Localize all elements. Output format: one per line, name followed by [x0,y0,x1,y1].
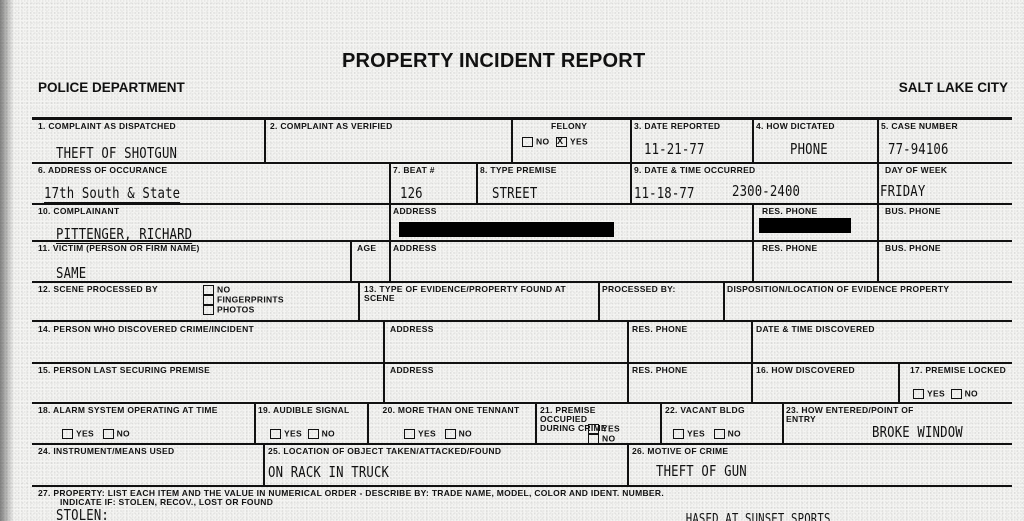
vacant-yes-label: YES [687,428,705,438]
property-value[interactable]: STOLEN: [56,506,109,521]
complainant-value[interactable]: PITTENGER, RICHARD [56,225,192,244]
alarm-no-label: NO [117,428,130,438]
divider [627,321,629,402]
rule-row7 [32,362,1012,364]
alarm-yes-checkbox[interactable] [62,429,73,439]
scan-edge-shadow [0,0,14,521]
more-than-one-tenant-label: 20. MORE THAN ONE TENNANT [371,406,531,415]
vacant-no-label: NO [728,428,741,438]
rule-row9 [32,443,1012,445]
discovered-address-label: ADDRESS [390,325,434,334]
scene-processed-options: NO FINGERPRINTS PHOTOS [203,285,284,315]
felony-yes-checkbox[interactable] [556,137,567,147]
victim-age-label: AGE [357,244,376,253]
divider [752,204,754,281]
tenant-yes-label: YES [418,428,436,438]
occupied-no-checkbox[interactable] [588,434,599,444]
complainant-label: 10. COMPLAINANT [38,207,119,216]
disposition-label: DISPOSITION/LOCATION OF EVIDENCE PROPERT… [727,285,1007,294]
city-name: SALT LAKE CITY [899,80,1008,95]
divider [383,321,385,402]
address-occurance-label: 6. ADDRESS OF OCCURANCE [38,166,167,175]
divider [660,403,662,443]
complaint-dispatched-value[interactable]: THEFT OF SHOTGUN [56,144,177,163]
felony-no-label: NO [536,136,549,146]
alarm-yes-label: YES [76,428,94,438]
securing-address-label: ADDRESS [390,366,434,375]
scene-no-label: NO [217,284,230,294]
motive-label: 26. MOTIVE OF CRIME [632,447,728,456]
divider [367,403,369,443]
premise-locked-yes-checkbox[interactable] [913,389,924,399]
occupied-options: YES NO [588,424,620,444]
divider [598,282,600,320]
rule-top [32,117,1012,120]
type-premise-value[interactable]: STREET [492,184,537,202]
victim-bus-phone-label: BUS. PHONE [885,244,941,253]
beat-label: 7. BEAT # [393,166,435,175]
how-entered-label: 23. HOW ENTERED/POINT OF ENTRY [786,406,946,424]
alarm-options: YES NO [62,429,130,439]
how-dictated-label: 4. HOW DICTATED [756,122,835,131]
divider [476,163,478,203]
audible-no-checkbox[interactable] [308,429,319,439]
audible-yes-checkbox[interactable] [270,429,281,439]
redacted-phone [759,218,851,233]
case-number-label: 5. CASE NUMBER [881,122,958,131]
divider [511,118,513,162]
time-occurred-value[interactable]: 2300-2400 [732,182,800,200]
scene-photos-label: PHOTOS [217,304,255,314]
felony-no-checkbox[interactable] [522,137,533,147]
rule-row3 [32,203,1012,205]
occupied-yes-label: YES [602,423,620,433]
how-dictated-value[interactable]: PHONE [790,140,828,158]
processed-by-label: PROCESSED BY: [602,285,676,294]
discovered-res-phone-label: RES. PHONE [632,325,687,334]
motive-value[interactable]: THEFT OF GUN [656,462,747,480]
day-of-week-value[interactable]: FRIDAY [880,182,925,200]
how-entered-value[interactable]: BROKE WINDOW [872,423,963,441]
felony-options: NO YES [522,137,588,147]
divider [877,118,879,240]
divider [782,403,784,443]
location-object-value[interactable]: ON RACK IN TRUCK [268,463,389,481]
victim-value[interactable]: SAME [56,264,86,282]
vacant-bldg-label: 22. VACANT BLDG [665,406,745,415]
vacant-options: YES NO [673,429,741,439]
divider [898,363,900,402]
report-title: PROPERTY INCIDENT REPORT [342,50,645,73]
tenant-no-checkbox[interactable] [445,429,456,439]
felony-label: FELONY [551,122,587,131]
date-occurred-value[interactable]: 11-18-77 [634,184,695,202]
rule-row8 [32,402,1012,404]
divider [254,403,256,443]
divider [358,282,360,320]
vacant-yes-checkbox[interactable] [673,429,684,439]
premise-locked-no-checkbox[interactable] [951,389,962,399]
premise-locked-label: 17. PREMISE LOCKED [903,366,1013,375]
audible-signal-label: 19. AUDIBLE SIGNAL [258,406,363,415]
evidence-type-label: 13. TYPE OF EVIDENCE/PROPERTY FOUND AT S… [364,285,594,303]
alarm-no-checkbox[interactable] [103,429,114,439]
divider [263,444,265,485]
complaint-verified-label: 2. COMPLAINT AS VERIFIED [270,122,393,131]
tenant-options: YES NO [404,429,472,439]
securing-res-phone-label: RES. PHONE [632,366,687,375]
complainant-res-phone-label: RES. PHONE [762,207,817,216]
instrument-label: 24. INSTRUMENT/MEANS USED [38,447,174,456]
audible-yes-label: YES [284,428,302,438]
divider [627,444,629,485]
case-number-value[interactable]: 77-94106 [888,140,949,158]
occupied-no-label: NO [602,433,615,443]
scene-no-checkbox[interactable] [203,285,214,295]
divider [751,321,753,402]
date-time-occurred-label: 9. DATE & TIME OCCURRED [634,166,756,175]
person-last-securing-label: 15. PERSON LAST SECURING PREMISE [38,366,210,375]
date-reported-value[interactable]: 11-21-77 [644,140,705,158]
divider [630,163,632,203]
rule-row6 [32,320,1012,322]
alarm-system-label: 18. ALARM SYSTEM OPERATING AT TIME [38,406,248,415]
rule-row5 [32,281,1012,283]
divider [264,118,266,162]
beat-value[interactable]: 126 [400,184,423,202]
complainant-address-label: ADDRESS [393,207,437,216]
divider [535,403,537,443]
scene-fingerprints-label: FINGERPRINTS [217,294,284,304]
type-premise-label: 8. TYPE PREMISE [480,166,557,175]
divider [752,118,754,162]
date-time-discovered-label: DATE & TIME DISCOVERED [756,325,875,334]
vacant-no-checkbox[interactable] [714,429,725,439]
divider [630,118,632,162]
department-name: POLICE DEPARTMENT [38,80,185,95]
tenant-yes-checkbox[interactable] [404,429,415,439]
location-object-label: 25. LOCATION OF OBJECT TAKEN/ATTACKED/FO… [268,447,501,456]
complaint-dispatched-label: 1. COMPLAINT AS DISPATCHED [38,122,176,131]
how-discovered-label: 16. HOW DISCOVERED [756,366,855,375]
victim-res-phone-label: RES. PHONE [762,244,817,253]
divider [723,282,725,320]
property-partial-line: ...HASED AT SUNSET SPORTS [666,512,831,521]
address-occurance-value[interactable]: 17th South & State [44,184,180,203]
occupied-yes-checkbox[interactable] [588,424,599,434]
scene-fingerprints-checkbox[interactable] [203,295,214,305]
felony-yes-label: YES [570,136,588,146]
premise-locked-yes-label: YES [927,388,945,398]
person-discovered-label: 14. PERSON WHO DISCOVERED CRIME/INCIDENT [38,325,254,334]
scene-photos-checkbox[interactable] [203,305,214,315]
divider [350,241,352,281]
premise-locked-no-label: NO [965,388,978,398]
audible-no-label: NO [322,428,335,438]
victim-label: 11. VICTIM (PERSON OR FIRM NAME) [38,244,200,253]
premise-locked-options: YES NO [913,389,978,399]
rule-row10 [32,485,1012,487]
victim-address-label: ADDRESS [393,244,437,253]
complainant-bus-phone-label: BUS. PHONE [885,207,941,216]
audible-options: YES NO [270,429,335,439]
rule-row2 [32,162,1012,164]
divider [877,241,879,281]
tenant-no-label: NO [459,428,472,438]
scene-processed-label: 12. SCENE PROCESSED BY [38,285,188,294]
divider [389,163,391,281]
day-of-week-label: DAY OF WEEK [885,166,947,175]
date-reported-label: 3. DATE REPORTED [634,122,720,131]
redacted-address [399,222,614,237]
